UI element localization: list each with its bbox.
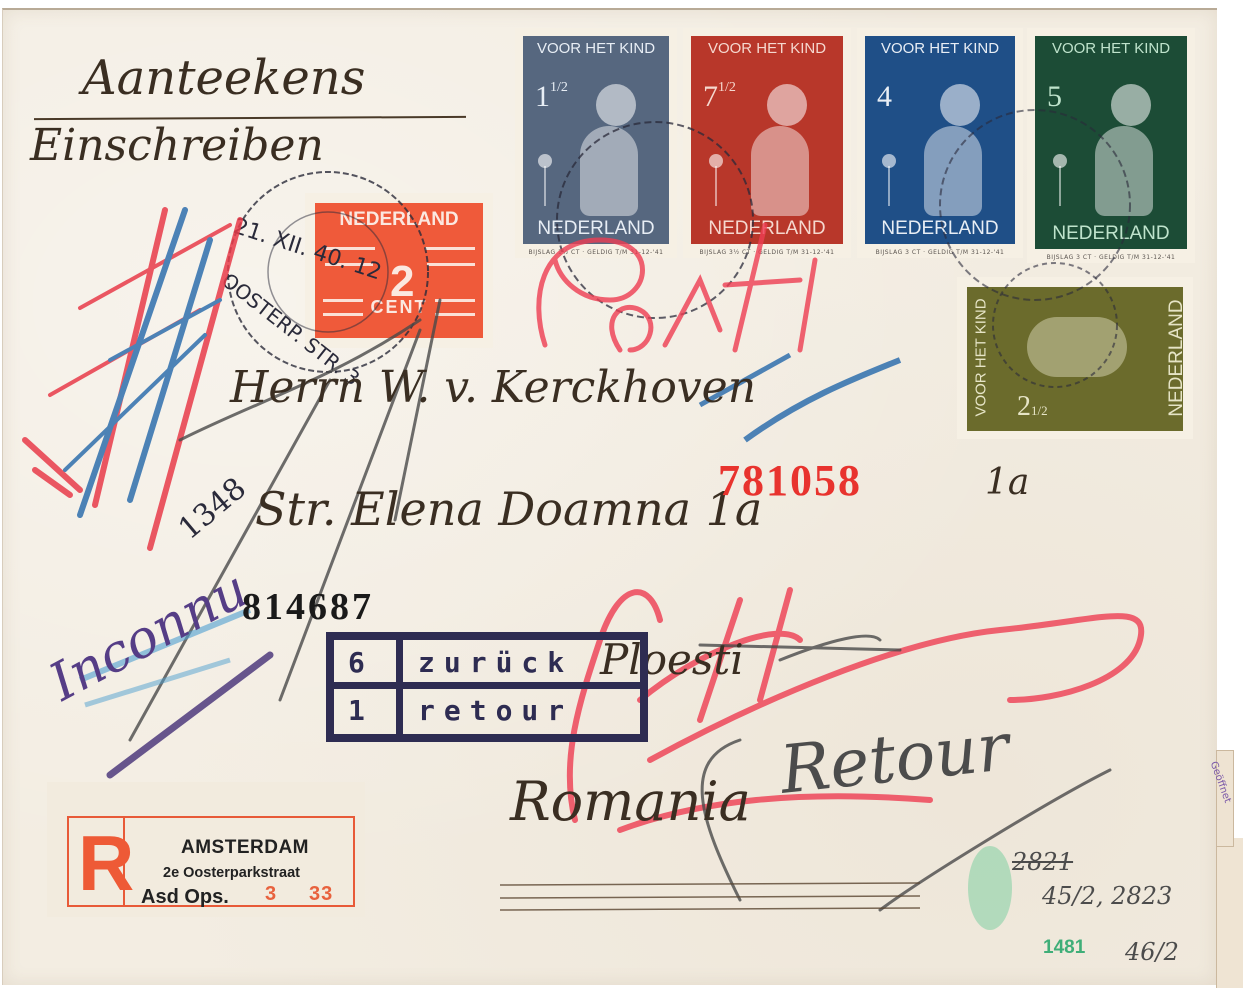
note-line-3: 46/2: [1125, 938, 1179, 966]
registration-number-black: 814687: [242, 585, 374, 629]
registration-letter: R: [78, 824, 134, 902]
registration-number-red: 781058: [718, 455, 862, 506]
stamp-face: VOOR HET KIND 5 NEDERLAND BIJSLAG 3 CT ·…: [1035, 36, 1187, 249]
note-struck: 2821: [1012, 848, 1073, 876]
label-office: Asd Ops.: [141, 886, 229, 909]
stamp-face: VOOR HET KIND 71/2 NEDERLAND BIJSLAG 3½ …: [691, 36, 843, 244]
stamp-child-1-5: VOOR HET KIND 11/2 NEDERLAND BIJSLAG 1½ …: [515, 28, 677, 258]
label-serial: 33: [309, 883, 333, 906]
stamp-face: VOOR HET KIND 11/2 NEDERLAND BIJSLAG 1½ …: [523, 36, 669, 244]
stamp-child-2-5: VOOR HET KIND NEDERLAND 21/2: [957, 277, 1193, 439]
stamp-child-4: VOOR HET KIND 4 NEDERLAND BIJSLAG 3 CT ·…: [857, 28, 1023, 258]
registration-label: R AMSTERDAM 2e Oosterparkstraat Asd Ops.…: [47, 782, 365, 917]
label-city: AMSTERDAM: [181, 837, 309, 859]
stamp-child-7-5: VOOR HET KIND 71/2 NEDERLAND BIJSLAG 3½ …: [683, 28, 851, 258]
address-line-4: Romania: [510, 770, 751, 833]
stamp-child-5: VOOR HET KIND 5 NEDERLAND BIJSLAG 3 CT ·…: [1027, 28, 1195, 263]
child-figure-icon: [910, 84, 1000, 224]
note-line-2: 45/2, 2823: [1042, 882, 1172, 910]
label-serial-prefix: 3: [265, 883, 276, 906]
return-cachet: 6 zurück 1 retour: [326, 632, 648, 742]
address-line-2: Str. Elena Doamna 1a: [255, 482, 762, 536]
child-figure-icon: [566, 84, 656, 224]
annotation-parti: Parti: [560, 255, 730, 337]
label-street: 2e Oosterparkstraat: [163, 865, 300, 881]
child-figure-icon: [1081, 84, 1171, 224]
address-suffix: 1a: [985, 462, 1029, 503]
stamp-face: VOOR HET KIND NEDERLAND 21/2: [967, 287, 1183, 431]
header-aanteekens: Aanteekens: [82, 50, 365, 106]
side-flap: [1216, 838, 1243, 988]
child-figure-icon: [737, 84, 827, 224]
stamp-face: VOOR HET KIND 4 NEDERLAND BIJSLAG 3 CT ·…: [865, 36, 1015, 244]
address-line-1: Herrn W. v. Kerckhoven: [230, 362, 756, 413]
child-figure-icon: [1027, 317, 1127, 377]
header-einschreiben: Einschreiben: [30, 120, 324, 171]
note-green-number: 1481: [1043, 937, 1085, 959]
